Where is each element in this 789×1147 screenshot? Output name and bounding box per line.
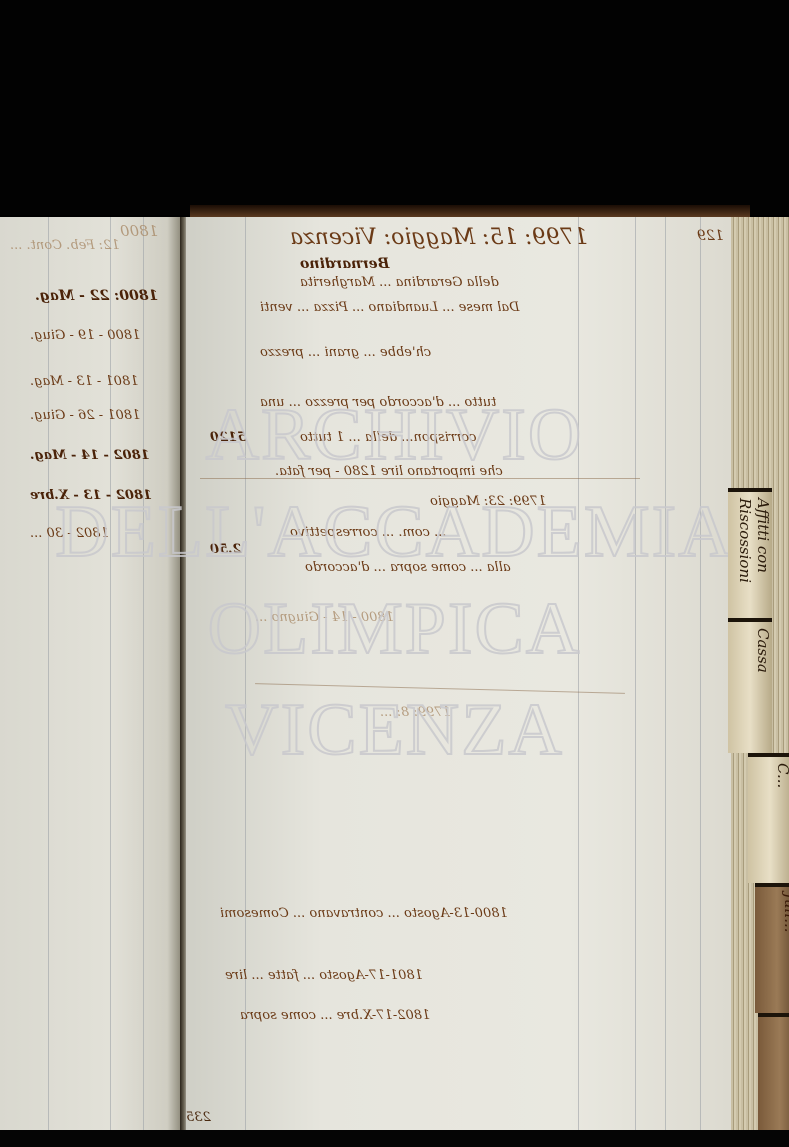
page-corner-number: 235 [186, 1110, 211, 1125]
page-top-edge [190, 205, 750, 217]
entry-line: 1800-13-Agosto ... contravano ... Comeso… [220, 906, 508, 921]
left-header-note: 12: Feb. Cont. ... [10, 238, 120, 253]
right-page-rule [700, 217, 701, 1130]
index-tab[interactable]: Juli... [755, 883, 789, 1013]
index-tab-label: Cassa [754, 628, 772, 673]
index-tab-label: Affitti con Riscossioni [736, 498, 772, 583]
left-entry-date: 1800 - 19 - Giug. [30, 328, 140, 343]
watermark-line: DELL'ACCADEMIA [0, 495, 789, 569]
left-entry-date: 1800: 22 - Mag. [35, 288, 158, 304]
scan-background-bottom [0, 1130, 789, 1147]
right-page-rule [245, 217, 246, 1130]
left-page [0, 217, 182, 1130]
index-tab-label: C... [774, 763, 789, 788]
folio-number: 129 [697, 228, 724, 244]
entry-line: Bernardino [300, 256, 389, 272]
right-page-rule [578, 217, 579, 1130]
watermark-line: ARCHIVIO [0, 398, 789, 472]
left-page-rule [143, 217, 144, 1130]
left-header-year: 1800 [120, 222, 158, 240]
entry-line: della Gerardina ... Margherita [300, 275, 499, 290]
entry-line: ch'ebbe ... grani ... prezzo [260, 345, 431, 360]
left-page-rule [110, 217, 111, 1130]
right-page-rule [665, 217, 666, 1130]
left-entry-date: 1801 - 13 - Mag. [30, 374, 138, 389]
watermark-line: VICENZA [0, 693, 789, 767]
right-page-rule [635, 217, 636, 1130]
index-tab[interactable]: Cassa [728, 618, 772, 753]
index-tab[interactable]: Affitti con Riscossioni [728, 488, 772, 618]
page-header-date: 1799: 15: Maggio: Vicenza [290, 225, 588, 250]
entry-line: 1801-17-Agosto ... fatte ... lire [225, 968, 423, 983]
entry-line: 1802-17-X.bre ... come sopra [240, 1008, 430, 1023]
entry-line: Dal mese ... Luandiano ... Pizza ... ven… [260, 300, 520, 315]
left-page-rule [48, 217, 49, 1130]
watermark-line: OLIMPICA [0, 592, 789, 666]
index-tab[interactable] [758, 1013, 789, 1130]
index-tab-label: Juli... [781, 893, 789, 933]
scan-background-top [0, 0, 789, 215]
index-tab[interactable]: C... [748, 753, 789, 883]
